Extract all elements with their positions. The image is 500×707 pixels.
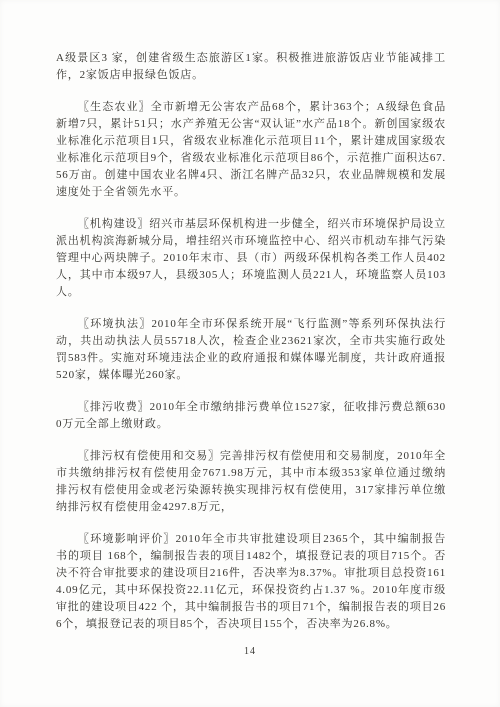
- paragraph-entry-environmental-enforcement: 〖环境执法〗2010年全市环保系统开展“飞行监测”等系列环保执法行动，共出动执法…: [56, 316, 446, 384]
- paragraph-entry-environmental-impact-assessment: 〖环境影响评价〗2010年全市共审批建设项目2365个，其中编制报告书的项目 1…: [56, 531, 446, 633]
- document-body: A级景区3 家，创建省级生态旅游区1家。积极推进旅游饭店业节能减排工作，2家饭店…: [56, 50, 446, 648]
- paragraph-continuation-eco-tourism: A级景区3 家，创建省级生态旅游区1家。积极推进旅游饭店业节能减排工作，2家饭店…: [56, 50, 446, 84]
- page-number: 14: [0, 646, 500, 657]
- paragraph-entry-institution-building: 〖机构建设〗绍兴市基层环保机构进一步健全，绍兴市环境保护局设立派出机构滨海新城分…: [56, 216, 446, 301]
- document-page: A级景区3 家，创建省级生态旅游区1家。积极推进旅游饭店业节能减排工作，2家饭店…: [0, 0, 500, 707]
- paragraph-entry-discharge-rights-trading: 〖排污权有偿使用和交易〗完善排污权有偿使用和交易制度，2010年全市共缴纳排污权…: [56, 448, 446, 516]
- paragraph-entry-pollution-discharge-fees: 〖排污收费〗2010年全市缴纳排污费单位1527家，征收排污费总额6300万元全…: [56, 399, 446, 433]
- paragraph-entry-ecological-agriculture: 〖生态农业〗全市新增无公害农产品68个，累计363个；A级绿色食品新增7只，累计…: [56, 99, 446, 201]
